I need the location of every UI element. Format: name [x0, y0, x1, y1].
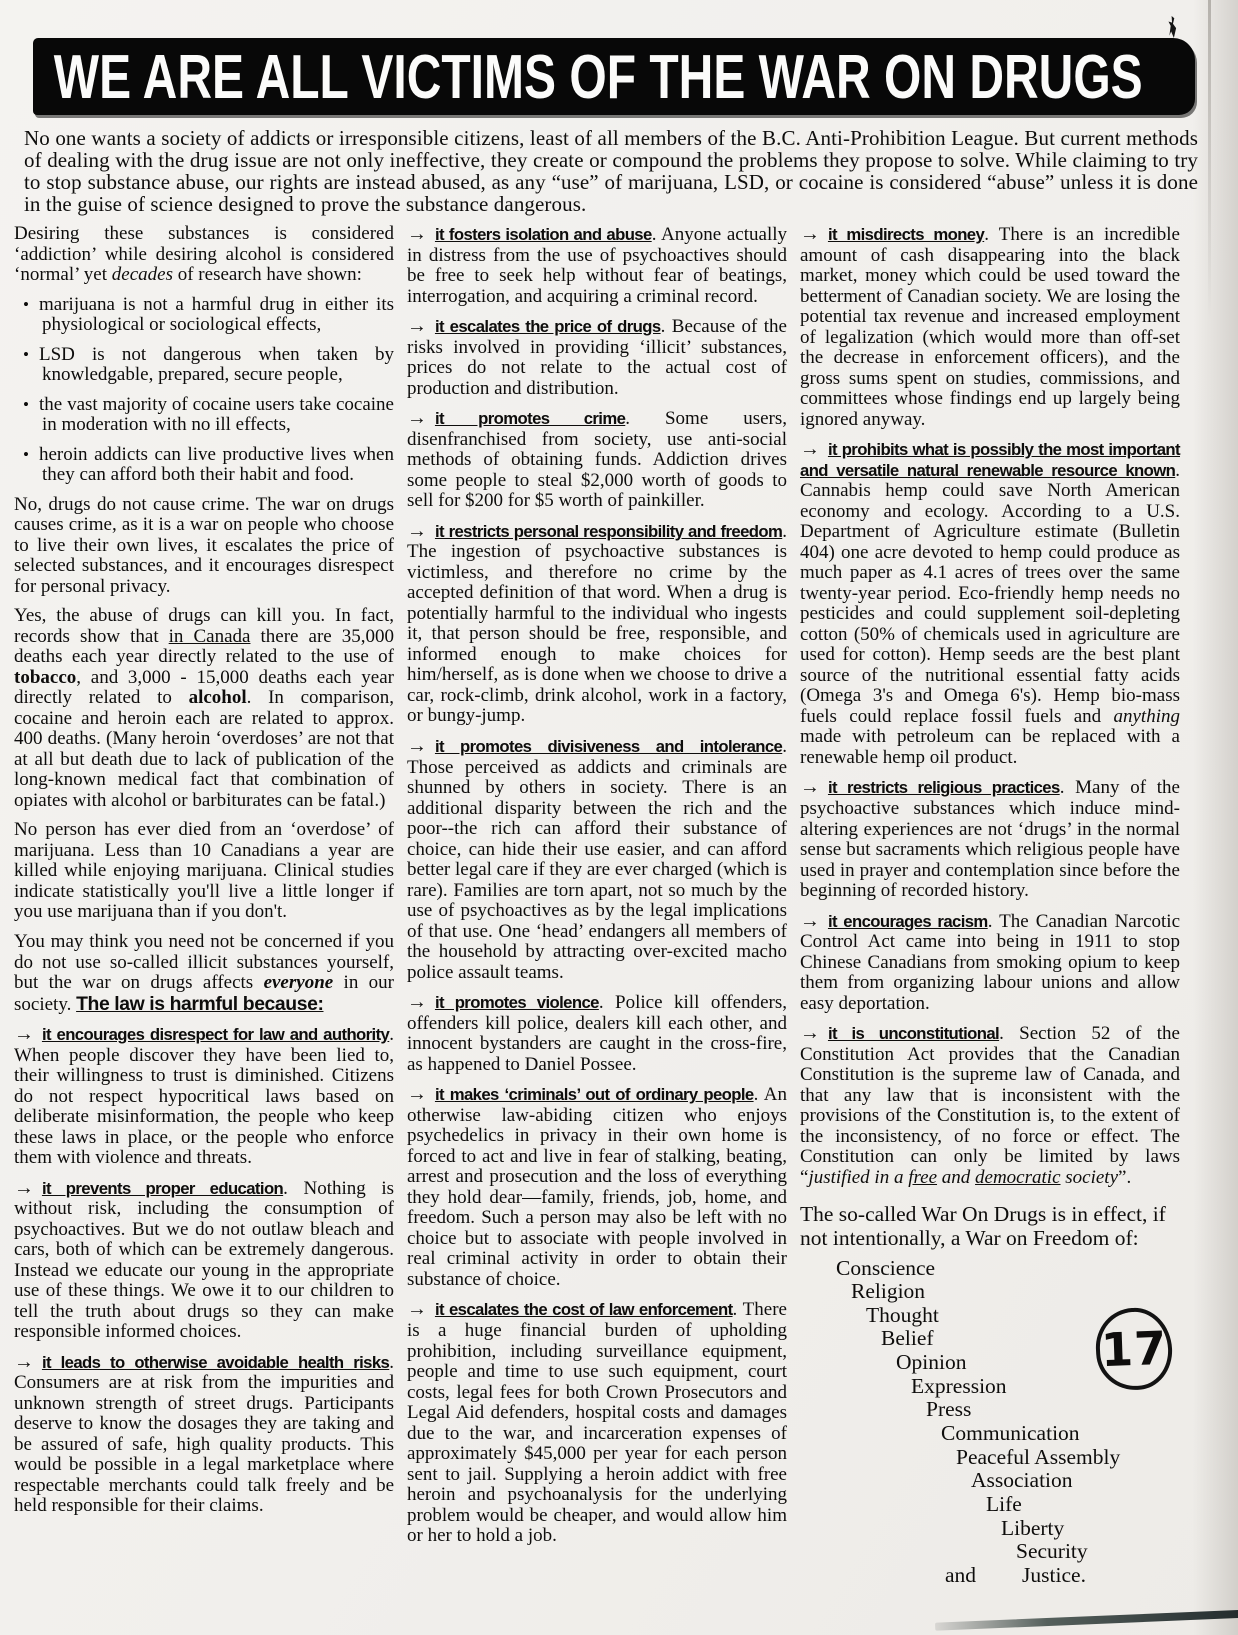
- bullet-item: •heroin addicts can live productive live…: [14, 445, 394, 486]
- bullet-icon: •: [23, 395, 29, 414]
- arrow-item: →it promotes violence. Police kill offen…: [407, 992, 787, 1075]
- text-segment: it escalates the price of drugs: [435, 317, 661, 336]
- arrow-icon: →: [407, 223, 426, 245]
- arrow-icon: →: [407, 520, 426, 542]
- arrow-icon: →: [800, 910, 819, 932]
- article-columns: Desiring these substances is considered …: [14, 224, 1182, 1587]
- arrow-item: →it prevents proper education. Nothing i…: [14, 1178, 394, 1343]
- text-segment: No person has ever died from an ‘overdos…: [14, 819, 394, 922]
- freedom-item: Peaceful Assembly: [956, 1446, 1180, 1470]
- arrow-item: →it prohibits what is possibly the most …: [800, 439, 1180, 768]
- text-segment: . There is an incredible amount of cash …: [800, 224, 1180, 430]
- text-segment: tobacco: [14, 667, 76, 688]
- arrow-item: →it escalates the cost of law enforcemen…: [407, 1299, 787, 1546]
- text-segment: in Canada: [169, 626, 251, 647]
- arrow-item: →it is unconstitutional. Section 52 of t…: [800, 1023, 1180, 1188]
- text-segment: of research have shown:: [173, 264, 362, 285]
- text-segment: . Cannabis hemp could save North America…: [800, 460, 1180, 727]
- text-segment: it restricts religious practices: [828, 778, 1060, 797]
- text-segment: No, drugs do not cause crime. The war on…: [14, 494, 394, 597]
- text-segment: it promotes crime: [435, 409, 625, 428]
- freedoms-list: ConscienceReligionThoughtBeliefOpinionEx…: [800, 1257, 1180, 1588]
- text-segment: society: [1061, 1167, 1119, 1188]
- page-title: WE ARE ALL VICTIMS OF THE WAR ON DRUGS: [33, 41, 1143, 113]
- text-segment: it escalates the cost of law enforcement: [435, 1300, 733, 1319]
- arrow-item: →it restricts personal responsibility an…: [407, 521, 787, 727]
- intro-paragraph: No one wants a society of addicts or irr…: [24, 127, 1198, 215]
- column-2: →it fosters isolation and abuse. Anyone …: [407, 224, 787, 1587]
- text-segment: free: [908, 1167, 937, 1188]
- arrow-item: →it leads to otherwise avoidable health …: [14, 1352, 394, 1517]
- text-segment: marijuana is not a harmful drug in eithe…: [39, 294, 394, 336]
- text-segment: it prohibits what is possibly the most i…: [800, 440, 1180, 480]
- arrow-item: →it promotes crime. Some users, disenfra…: [407, 408, 787, 512]
- arrow-item: →it escalates the price of drugs. Becaus…: [407, 316, 787, 399]
- arrow-icon: →: [407, 315, 426, 337]
- text-segment: . There is a huge financial burden of up…: [407, 1299, 787, 1546]
- text-segment: it makes ‘criminals’ out of ordinary peo…: [435, 1085, 754, 1104]
- arrow-icon: →: [407, 735, 426, 757]
- text-segment: it leads to otherwise avoidable health r…: [42, 1353, 389, 1372]
- paragraph: No, drugs do not cause crime. The war on…: [14, 495, 394, 598]
- text-segment: it promotes violence: [435, 993, 599, 1012]
- column-3-blocks: →it misdirects money. There is an incred…: [800, 224, 1180, 1251]
- text-segment: it encourages disrespect for law and aut…: [42, 1025, 389, 1044]
- paragraph: Yes, the abuse of drugs can kill you. In…: [14, 606, 394, 811]
- arrow-item: →it fosters isolation and abuse. Anyone …: [407, 224, 787, 307]
- freedom-item: Life: [986, 1493, 1180, 1517]
- text-segment: made with petroleum can be replaced with…: [800, 726, 1180, 768]
- bullet-item: •the vast majority of cocaine users take…: [14, 395, 394, 436]
- arrow-icon: →: [14, 1177, 33, 1199]
- paragraph: You may think you need not be concerned …: [14, 932, 394, 1015]
- bullet-item: •LSD is not dangerous when taken by know…: [14, 345, 394, 386]
- arrow-icon: →: [800, 1022, 819, 1044]
- freedom-item: Liberty: [1001, 1517, 1180, 1541]
- text-segment: it encourages racism: [828, 912, 988, 931]
- text-segment: . The ingestion of psychoactive substanc…: [407, 521, 787, 727]
- text-segment: The so-called War On Drugs is in effect,…: [800, 1202, 1166, 1250]
- arrow-item: →it encourages disrespect for law and au…: [14, 1024, 394, 1169]
- text-segment: anything: [1114, 706, 1181, 727]
- arrow-icon: →: [14, 1351, 33, 1373]
- text-segment: justified in a: [808, 1167, 908, 1188]
- text-segment: and: [937, 1167, 975, 1188]
- page-edge-line: [935, 1609, 1238, 1630]
- text-segment: . Those perceived as addicts and crimina…: [407, 736, 787, 983]
- text-segment: it restricts personal responsibility and…: [435, 522, 782, 541]
- freedom-item: Press: [926, 1398, 1180, 1422]
- text-segment: . Section 52 of the Constitution Act pro…: [800, 1023, 1180, 1188]
- text-segment: . When people discover they have been li…: [14, 1024, 394, 1168]
- arrow-icon: →: [407, 991, 426, 1013]
- freedom-last-label: Justice.: [1022, 1563, 1086, 1587]
- freedom-item: Religion: [851, 1280, 1180, 1304]
- paper-crease: [1208, 0, 1211, 320]
- freedom-item-last: andJustice.: [945, 1564, 1180, 1588]
- headline-banner: WE ARE ALL VICTIMS OF THE WAR ON DRUGS: [33, 38, 1195, 115]
- arrow-icon: →: [407, 1083, 426, 1105]
- column-1: Desiring these substances is considered …: [14, 224, 394, 1587]
- paragraph: Desiring these substances is considered …: [14, 224, 394, 286]
- bullet-icon: •: [23, 445, 29, 464]
- text-segment: The law is harmful because:: [76, 993, 323, 1015]
- freedom-item: Communication: [941, 1422, 1180, 1446]
- paragraph: The so-called War On Drugs is in effect,…: [800, 1202, 1180, 1250]
- text-segment: ”.: [1118, 1167, 1131, 1188]
- text-segment: alcohol: [189, 687, 247, 708]
- arrow-icon: →: [407, 407, 426, 429]
- text-segment: it promotes divisiveness and intolerance: [435, 737, 782, 756]
- text-segment: the vast majority of cocaine users take …: [39, 394, 394, 436]
- paragraph: No person has ever died from an ‘overdos…: [14, 820, 394, 923]
- text-segment: it is unconstitutional: [828, 1024, 999, 1043]
- arrow-item: →it misdirects money. There is an incred…: [800, 224, 1180, 430]
- text-segment: it fosters isolation and abuse: [435, 225, 652, 244]
- arrow-icon: →: [800, 776, 819, 798]
- text-segment: . An otherwise law-abiding citizen who e…: [407, 1084, 787, 1290]
- text-segment: it misdirects money: [828, 225, 984, 244]
- text-segment: decades: [112, 264, 173, 285]
- pamphlet-page: WE ARE ALL VICTIMS OF THE WAR ON DRUGS N…: [0, 0, 1238, 1635]
- bullet-icon: •: [23, 345, 29, 364]
- text-segment: . Nothing is without risk, including the…: [14, 1178, 394, 1343]
- arrow-icon: →: [800, 438, 819, 460]
- arrow-item: →it makes ‘criminals’ out of ordinary pe…: [407, 1084, 787, 1290]
- freedom-last-prefix: and: [945, 1563, 976, 1587]
- arrow-icon: →: [407, 1298, 426, 1320]
- freedom-item: Association: [971, 1469, 1180, 1493]
- text-segment: LSD is not dangerous when taken by knowl…: [39, 344, 394, 386]
- bullet-item: •marijuana is not a harmful drug in eith…: [14, 295, 394, 336]
- text-segment: heroin addicts can live productive lives…: [39, 444, 394, 486]
- arrow-icon: →: [800, 223, 819, 245]
- freedom-item: Conscience: [836, 1257, 1180, 1281]
- ink-speck: [1168, 16, 1177, 38]
- text-segment: democratic: [975, 1167, 1060, 1188]
- page-number: 17: [1100, 1321, 1168, 1377]
- arrow-item: →it restricts religious practices. Many …: [800, 777, 1180, 901]
- arrow-item: →it promotes divisiveness and intoleranc…: [407, 736, 787, 983]
- freedom-item: Security: [1016, 1540, 1180, 1564]
- bullet-icon: •: [23, 295, 29, 314]
- text-segment: . Consumers are at risk from the impurit…: [14, 1352, 394, 1517]
- arrow-icon: →: [14, 1023, 33, 1045]
- text-segment: everyone: [264, 972, 334, 993]
- arrow-item: →it encourages racism. The Canadian Narc…: [800, 911, 1180, 1015]
- text-segment: it prevents proper education: [42, 1179, 283, 1198]
